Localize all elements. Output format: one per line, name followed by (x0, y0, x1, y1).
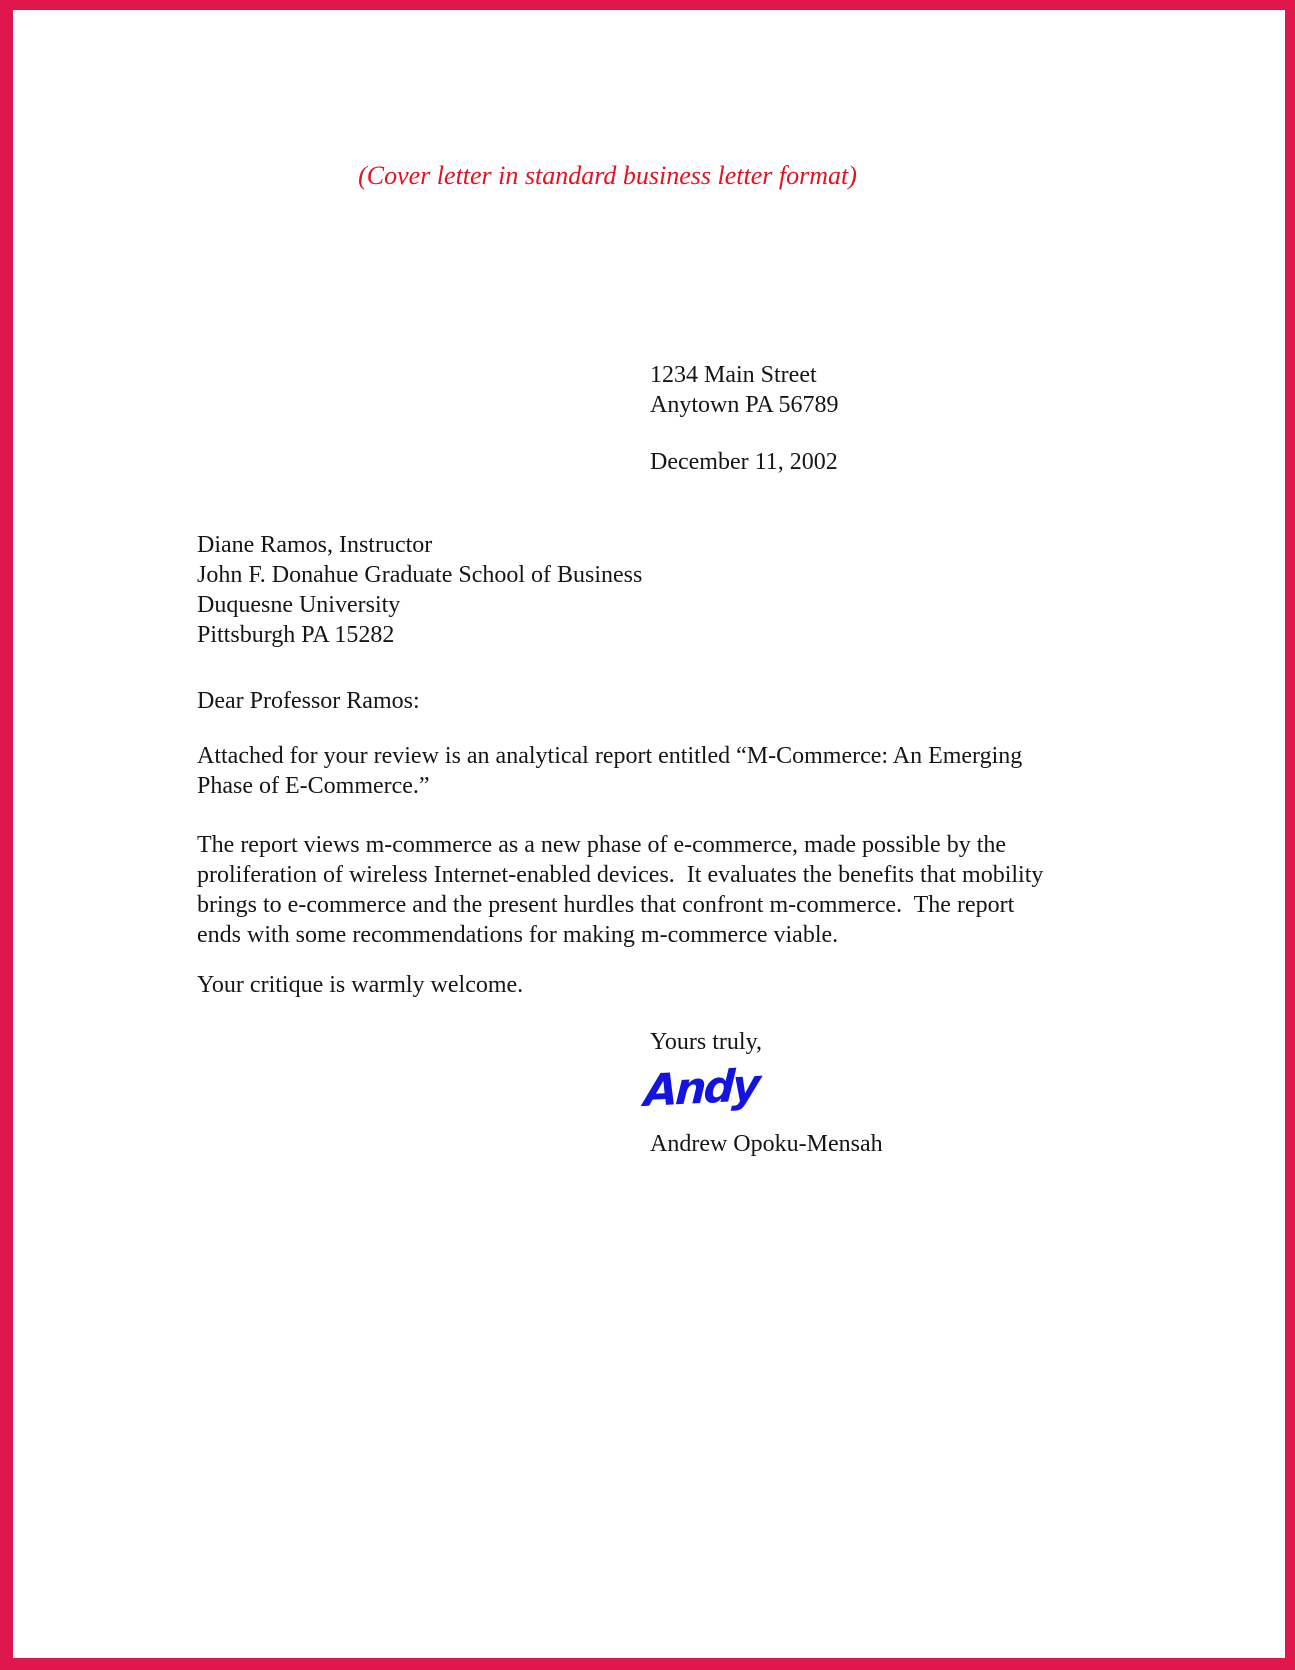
paragraph-line: brings to e-commerce and the present hur… (197, 890, 1043, 920)
paragraph-attachment-notice: Attached for your review is an analytica… (197, 741, 1022, 801)
sender-address-block: 1234 Main Street Anytown PA 56789 (650, 360, 838, 420)
recipient-line-1: Diane Ramos, Instructor (197, 530, 642, 560)
letter-date: December 11, 2002 (650, 447, 838, 477)
paragraph-line: Attached for your review is an analytica… (197, 741, 1022, 771)
business-letter-page: (Cover letter in standard business lette… (0, 0, 1295, 1670)
paragraph-line: ends with some recommendations for makin… (197, 920, 1043, 950)
sender-address-line-1: 1234 Main Street (650, 360, 838, 390)
paragraph-line: proliferation of wireless Internet-enabl… (197, 860, 1043, 890)
paragraph-critique-invitation: Your critique is warmly welcome. (197, 970, 523, 1000)
salutation: Dear Professor Ramos: (197, 686, 420, 716)
recipient-line-2: John F. Donahue Graduate School of Busin… (197, 560, 642, 590)
paragraph-report-summary: The report views m-commerce as a new pha… (197, 830, 1043, 950)
signer-name: Andrew Opoku-Mensah (650, 1129, 883, 1159)
letter-format-annotation: (Cover letter in standard business lette… (185, 160, 1030, 192)
complimentary-closing: Yours truly, (650, 1027, 762, 1057)
sender-address-line-2: Anytown PA 56789 (650, 390, 838, 420)
paragraph-line: Your critique is warmly welcome. (197, 970, 523, 1000)
recipient-line-4: Pittsburgh PA 15282 (197, 620, 642, 650)
recipient-address-block: Diane Ramos, Instructor John F. Donahue … (197, 530, 642, 650)
paragraph-line: Phase of E-Commerce.” (197, 771, 1022, 801)
handwritten-signature: Andy (643, 1062, 759, 1116)
recipient-line-3: Duquesne University (197, 590, 642, 620)
paragraph-line: The report views m-commerce as a new pha… (197, 830, 1043, 860)
